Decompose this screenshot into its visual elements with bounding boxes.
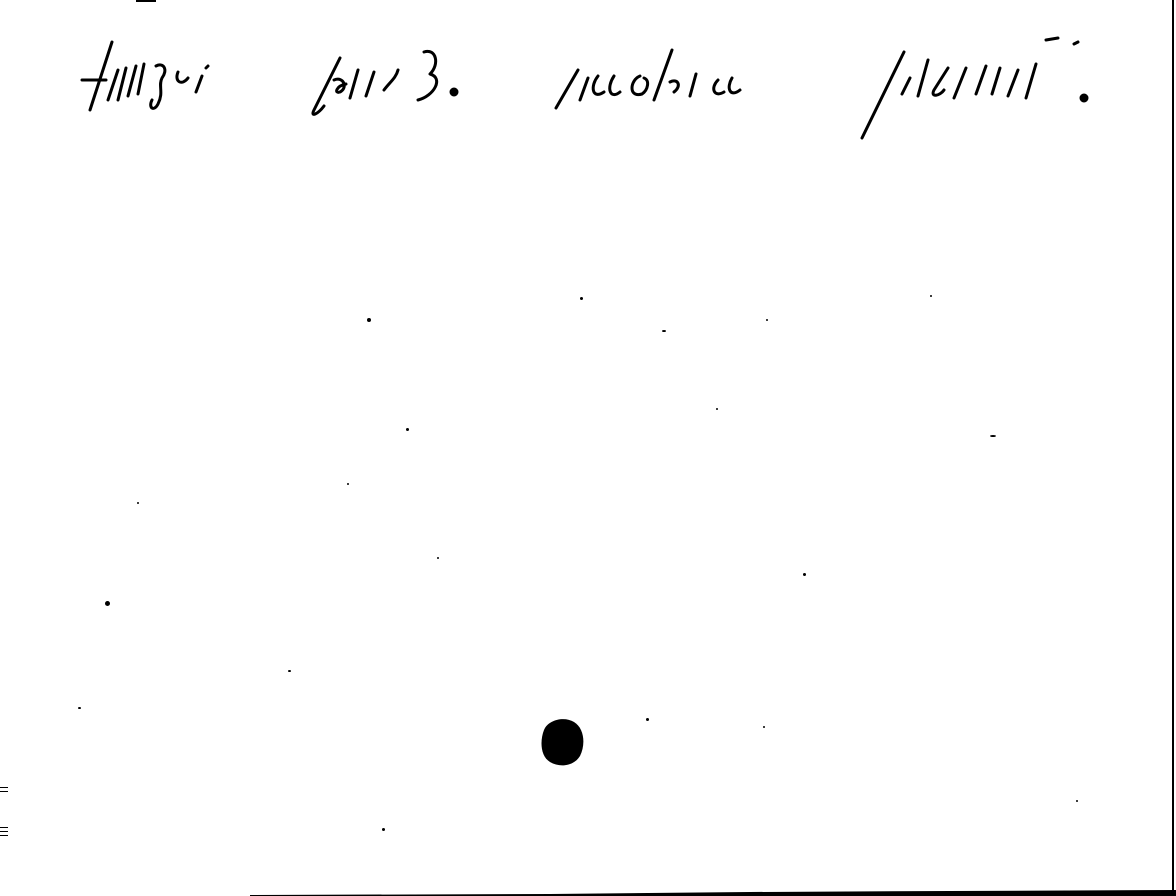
speck <box>990 435 996 437</box>
speck <box>763 726 765 728</box>
handwritten-heading: Ahinzer: Fehl. Amukic petatik. <box>78 30 1158 140</box>
speck <box>137 502 139 504</box>
speck <box>105 601 110 606</box>
speck <box>803 573 806 576</box>
speck <box>930 295 932 297</box>
speck <box>347 483 349 485</box>
handwriting-strokes <box>78 30 1158 140</box>
speck <box>716 408 718 410</box>
scan-border-bottom <box>250 889 1176 896</box>
speck <box>406 428 409 431</box>
speck <box>288 670 291 672</box>
speck <box>646 718 649 721</box>
speck <box>78 707 81 709</box>
speck <box>580 297 583 300</box>
scan-artifact-top <box>136 0 156 2</box>
scan-artifact-left <box>0 787 8 795</box>
speck <box>382 828 385 831</box>
speck <box>662 330 666 332</box>
ink-blot <box>538 716 588 770</box>
scan-border-right <box>1172 0 1174 890</box>
speck <box>1076 800 1078 802</box>
speck <box>437 557 439 559</box>
scanned-card: Ahinzer: Fehl. Amukic petatik. <box>0 0 1176 896</box>
speck <box>367 318 371 322</box>
speck <box>766 319 768 321</box>
scan-artifact-left <box>0 827 8 839</box>
